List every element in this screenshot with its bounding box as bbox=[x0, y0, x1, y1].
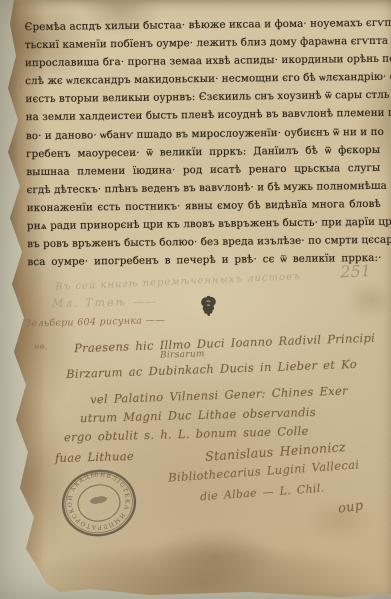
margin-mark-lower: 51 bbox=[6, 162, 17, 172]
chronicle-text-block: Єремѣа аспдъ хилыи быстаа· вѣюже иксаа и… bbox=[24, 14, 381, 272]
folio-note-text: Въ сей книгѣ перемѣченныхъ листовъ bbox=[55, 271, 301, 293]
latin-dedication-line: Birzarum ac Dubinkach Ducis in Lieber et… bbox=[66, 357, 357, 381]
drawings-count-note: Но: Зельбєри 604 рисунка —— bbox=[4, 315, 165, 330]
latin-dedication-line: vel Palatino Vilnensi Gener: Chines Exer bbox=[90, 384, 348, 407]
signature-flourish: oup bbox=[337, 498, 364, 516]
margin-mark-upper: 21 bbox=[11, 83, 24, 94]
latin-dedication-line: utrum Magni Duc Lithae observandis bbox=[80, 405, 316, 425]
latin-insertion: Birsarum bbox=[160, 349, 205, 361]
eagle-ornament-icon bbox=[200, 295, 217, 317]
signature-date: die Albae — L. Chil. bbox=[200, 482, 325, 504]
latin-dedication-line: ergo obtulit s. h. L. bonum suae Colle bbox=[64, 424, 309, 444]
latin-dedication-line: Praesens hic Illmo Duci Ioanno Radivil P… bbox=[74, 331, 375, 356]
photo-frame: Єремѣа аспдъ хилыи быстаа· вѣюже иксаа и… bbox=[0, 0, 391, 599]
signature-title: Bibliothecarius Lugini Vallecai bbox=[168, 457, 360, 484]
latin-margin-mark: нв. bbox=[34, 342, 47, 351]
manuscript-page: Єремѣа аспдъ хилыи быстаа· вѣюже иксаа и… bbox=[0, 0, 391, 599]
library-stamp: БИБЛІОТЕКА ИМПЕРАТОРСКОЙ АКАДЕМІИ НАУКЪ … bbox=[55, 462, 144, 544]
pencil-scribble: Мл. Ттвѣ —— bbox=[52, 295, 159, 310]
folio-number: 251 bbox=[340, 261, 371, 281]
